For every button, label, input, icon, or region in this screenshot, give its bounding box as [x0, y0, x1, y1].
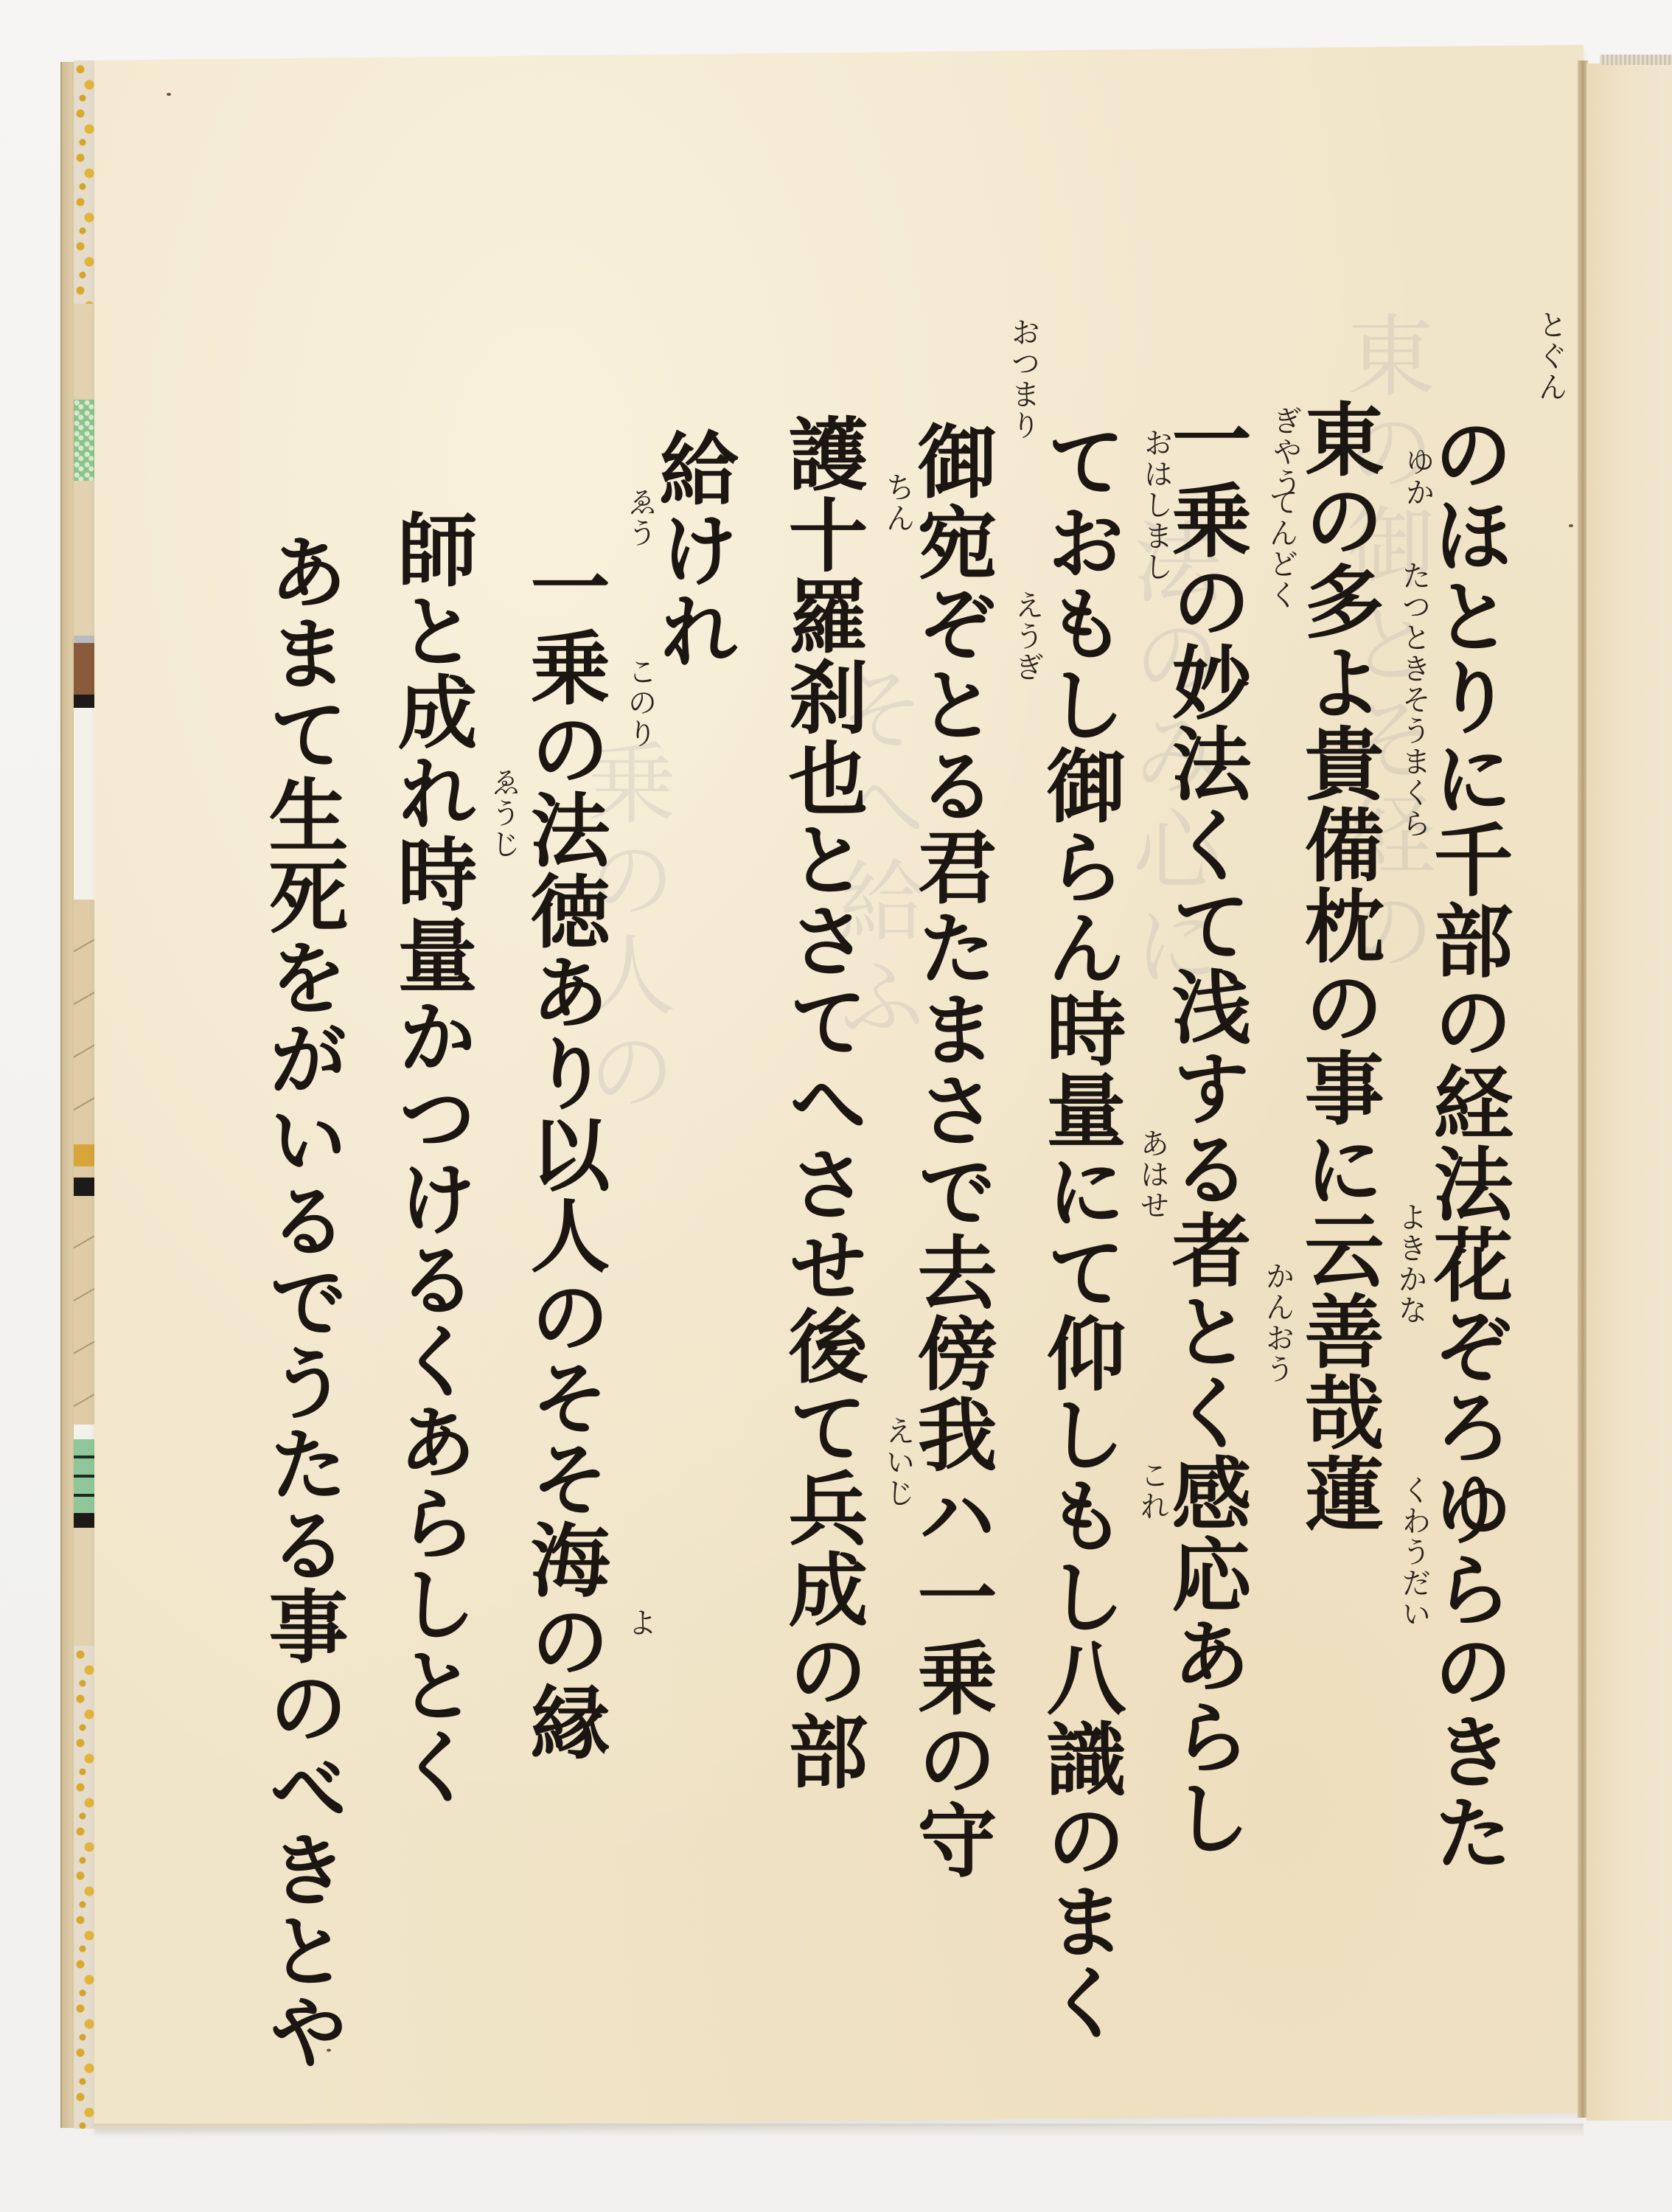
furigana: えうぎ — [1006, 590, 1048, 683]
text-block: のほとりに千部の経法花ぞろゆらのきた とぐん 東の多よ貴備枕の事に云善哉蓮 ゆか… — [243, 413, 1556, 1888]
furigana: かんおう — [1257, 1261, 1299, 1385]
furigana: ゑうじ — [483, 767, 525, 860]
adjacent-page-edge — [1586, 63, 1672, 2121]
furigana: このり — [619, 656, 661, 749]
page-shadow — [94, 2124, 1584, 2137]
grey-band — [74, 636, 96, 643]
text-column-4: ておもし御らん時量にて仰しもし八識のまく — [1039, 420, 1119, 2042]
furigana: おつまり — [1003, 317, 1045, 441]
paper-speck — [167, 93, 171, 96]
furigana: よ — [619, 1607, 661, 1638]
furigana: ちん — [877, 472, 919, 534]
brown-band — [74, 643, 96, 695]
photo-scene: 東の御とそ経の 法のみ心に そへ給ふ 乗の人の のほとりに千部の経法花ぞろゆらの… — [0, 0, 1672, 2212]
furigana: たつときそうまくら — [1393, 560, 1435, 839]
text-column-1: のほとりに千部の経法花ぞろゆらのきた — [1427, 413, 1506, 1873]
black-accent-2 — [74, 1513, 96, 1528]
text-column-3: 一乗の妙法くて浅する者とく感応あらし — [1165, 398, 1244, 1858]
black-accent — [74, 1178, 96, 1196]
green-pattern-area — [74, 400, 96, 481]
furigana: おはしまし — [1135, 428, 1177, 582]
green-striped-robe — [74, 1439, 96, 1513]
furigana: ゑう — [619, 487, 661, 549]
furigana: ゆか — [1397, 446, 1439, 508]
text-column-6: 護十羅刹也とさてへさせ後て兵成の部 — [781, 413, 861, 1792]
furigana: えいじ — [877, 1416, 919, 1509]
paper-speck — [1569, 524, 1573, 527]
furigana: よきかな — [1390, 1202, 1432, 1326]
furigana: くわうだい — [1393, 1475, 1435, 1630]
ochre-accent — [74, 1144, 96, 1166]
furigana: てんどく — [1261, 487, 1303, 611]
furigana: あはせ — [1132, 1128, 1174, 1221]
furigana: とぐん — [1530, 310, 1572, 403]
white-fabric-area — [74, 708, 96, 900]
text-column-8: 一乗の法徳あり以人のそそ海の縁 — [523, 546, 603, 1762]
furigana: これ — [1132, 1460, 1174, 1522]
text-column-9: 師と成れ時量かつけるくあらしとく — [391, 509, 470, 1806]
text-column-7: 給けれ — [652, 428, 732, 671]
binding-headband — [1600, 55, 1672, 65]
furigana: ぎやう — [1264, 406, 1306, 498]
gold-fleck-area — [74, 60, 96, 304]
gold-fleck-area-2 — [74, 1646, 96, 2129]
text-column-2: 東の多よ貴備枕の事に云善哉蓮 — [1297, 398, 1377, 1534]
text-column-10: あまて生死をがいるでうたる事のべきとや — [262, 531, 341, 2072]
black-band — [74, 695, 96, 708]
illustrated-underleaf-strip — [74, 60, 96, 2129]
text-column-5: 御宛ぞとる君たまさで去傍我ハ一乗の守 — [910, 420, 990, 1880]
